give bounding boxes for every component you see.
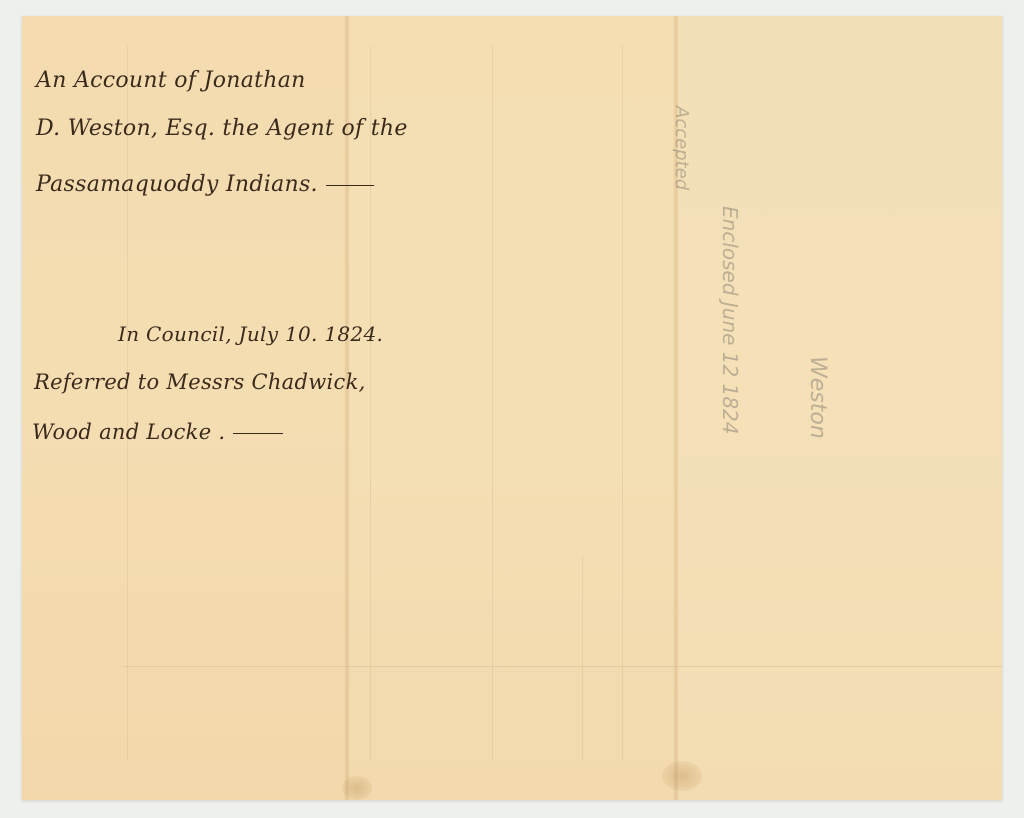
- paper-stain: [662, 761, 702, 791]
- council-date-note: In Council, July 10. 1824.: [118, 322, 383, 346]
- bleed-through-rule: [370, 46, 371, 760]
- horizontal-crease: [122, 666, 1002, 667]
- flourish-rule: [233, 433, 283, 434]
- pencil-note-date: Enclosed June 12 1824: [718, 206, 742, 435]
- referral-line-1: Referred to Messrs Chadwick,: [34, 370, 366, 394]
- title-line-2: D. Weston, Esq. the Agent of the: [36, 116, 408, 141]
- pencil-note-signature: Weston: [805, 356, 830, 439]
- title-line-1: An Account of Jonathan: [36, 68, 306, 93]
- bleed-through-rule: [622, 46, 623, 760]
- pencil-note-accepted: Accepted: [671, 106, 692, 190]
- bleed-through-rule: [127, 46, 128, 760]
- flourish-rule: [326, 185, 374, 186]
- manuscript-page: An Account of Jonathan D. Weston, Esq. t…: [22, 16, 1002, 800]
- title-line-3-text: Passamaquoddy Indians.: [36, 172, 318, 197]
- referral-line-2-text: Wood and Locke .: [32, 420, 225, 444]
- bleed-through-rule: [582, 556, 583, 760]
- paper-stain: [342, 776, 372, 800]
- bleed-through-rule: [492, 46, 493, 760]
- referral-line-2: Wood and Locke .: [32, 420, 283, 444]
- title-line-3: Passamaquoddy Indians.: [36, 172, 374, 197]
